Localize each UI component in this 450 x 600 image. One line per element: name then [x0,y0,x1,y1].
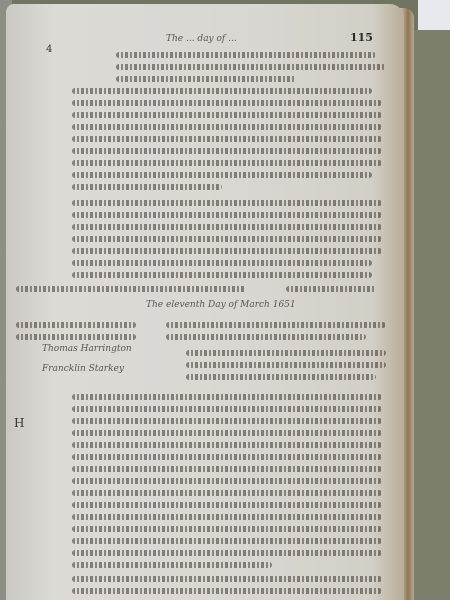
handwriting-line [186,350,386,356]
handwriting-line [72,272,372,278]
handwriting-line [72,160,382,166]
handwriting-line [72,454,382,460]
handwriting-line [166,334,366,340]
handwriting-line [72,148,382,154]
handwriting-line [72,514,382,520]
handwriting-line [72,526,382,532]
handwriting-line [72,550,382,556]
handwriting-line [286,286,376,292]
handwriting-line [72,112,382,118]
handwriting-line [72,406,382,412]
handwriting-line [72,588,382,594]
handwriting-line [72,224,382,230]
handwriting-line [72,236,382,242]
margin-letter: H [14,416,24,430]
handwriting-line [72,248,382,254]
handwriting-line [72,172,372,178]
handwriting-line [72,212,382,218]
handwriting-line [72,394,382,400]
handwriting-line [166,322,386,328]
handwriting-line [72,576,382,582]
background-card [418,0,450,30]
handwriting-line [72,100,382,106]
entry-heading: The eleventh Day of March 1651 [146,300,296,310]
handwriting-line [16,322,136,328]
handwriting-line [186,362,386,368]
handwriting-line [72,442,382,448]
handwriting-line [16,286,246,292]
handwriting-line [72,430,382,436]
handwriting-line [72,466,382,472]
margin-name: Thomas Harrington [42,344,132,354]
handwriting-line [72,124,382,130]
handwriting-line [72,136,382,142]
handwriting-line [16,334,136,340]
handwriting-line [72,538,382,544]
entry-heading: The ... day of ... [166,34,237,44]
margin-mark: 4 [46,44,52,55]
manuscript-page: 115 4 H The ... day of ... The eleventh … [6,4,404,600]
handwriting-line [116,64,386,70]
handwriting-line [72,562,272,568]
handwriting-line [72,184,222,190]
handwriting-line [116,52,376,58]
handwriting-line [72,502,382,508]
handwriting-line [72,418,382,424]
page-number: 115 [350,31,373,44]
handwriting-line [116,76,296,82]
handwriting-line [72,478,382,484]
handwriting-line [72,490,382,496]
handwriting-line [72,88,372,94]
handwriting-line [186,374,376,380]
handwriting-line [72,260,372,266]
handwriting-line [72,200,382,206]
margin-name: Francklin Starkey [42,364,124,374]
